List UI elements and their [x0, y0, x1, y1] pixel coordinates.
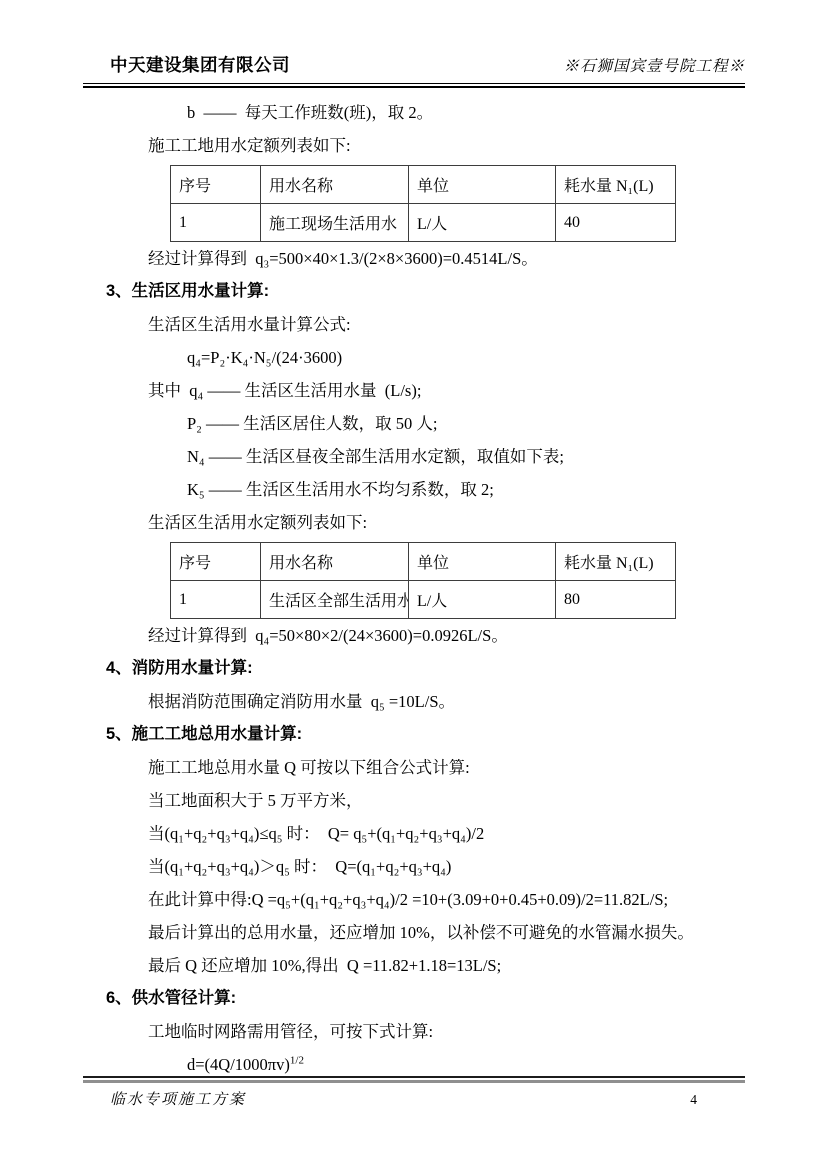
heading-section-5: 5、施工工地总用水量计算: — [0, 718, 826, 751]
paragraph-q3-result: 经过计算得到 q₃=500×40×1.3/(2×8×3600)=0.4514L/… — [0, 242, 826, 275]
table2-cell-name: 生活区全部生活用水 — [261, 581, 409, 619]
table2-header-seq: 序号 — [171, 543, 261, 581]
formula-case-gt: 当(q₁+q₂+q₃+q₄)＞q₅ 时： Q=(q₁+q₂+q₃+q₄) — [0, 850, 826, 883]
formula-pipe-diameter-base: d=(4Q/1000πv) — [187, 1055, 290, 1074]
paragraph-param-k5: K₅ —— 生活区生活用水不均匀系数，取 2; — [0, 473, 826, 506]
footer-page-number: 4 — [690, 1092, 697, 1108]
table1-header-consumption: 耗水量 N₁(L) — [556, 166, 676, 204]
heading-section-4: 4、消防用水量计算: — [0, 652, 826, 685]
table2-header-unit: 单位 — [409, 543, 556, 581]
document-page: 中天建设集团有限公司 ※石狮国宾壹号院工程※ b —— 每天工作班数(班)，取 … — [0, 0, 826, 1169]
paragraph-q4-result: 经过计算得到 q₄=50×80×2/(24×3600)=0.0926L/S。 — [0, 619, 826, 652]
table2-cell-consumption: 80 — [556, 581, 676, 619]
heading-section-6: 6、供水管径计算: — [0, 982, 826, 1015]
table1-cell-unit: L/人 — [409, 204, 556, 242]
paragraph-param-n4: N₄ —— 生活区昼夜全部生活用水定额，取值如下表; — [0, 440, 826, 473]
paragraph-leak-allowance: 最后计算出的总用水量，还应增加 10%，以补偿不可避免的水管漏水损失。 — [0, 916, 826, 949]
table-header-row: 序号 用水名称 单位 耗水量 N₁(L) — [171, 543, 676, 581]
paragraph-area-condition: 当工地面积大于 5 万平方米， — [0, 784, 826, 817]
header-row: 中天建设集团有限公司 ※石狮国宾壹号院工程※ — [83, 52, 745, 77]
paragraph-b-definition: b —— 每天工作班数(班)，取 2。 — [0, 96, 826, 129]
living-area-water-quota-table: 序号 用水名称 单位 耗水量 N₁(L) 1 生活区全部生活用水 L/人 80 — [170, 542, 676, 619]
paragraph-table1-intro: 施工工地用水定额列表如下: — [0, 129, 826, 162]
header-divider-line — [83, 83, 745, 88]
formula-q4: q₄=P₂·K₄·N₅/(24·3600) — [0, 341, 826, 374]
page-header: 中天建设集团有限公司 ※石狮国宾壹号院工程※ — [83, 0, 745, 88]
formula-pipe-diameter-exponent: 1/2 — [290, 1055, 304, 1067]
paragraph-q5-fire-water: 根据消防范围确定消防用水量 q₅ =10L/S。 — [0, 685, 826, 718]
table2-cell-seq: 1 — [171, 581, 261, 619]
table-row: 1 施工现场生活用水 L/人 40 — [171, 204, 676, 242]
footer-row: 临水专项施工方案 4 — [83, 1083, 745, 1109]
table1-cell-consumption: 40 — [556, 204, 676, 242]
footer-divider-thin-line — [83, 1076, 745, 1078]
paragraph-q-final: 最后 Q 还应增加 10%,得出 Q =11.82+1.18=13L/S; — [0, 949, 826, 982]
table2-cell-unit: L/人 — [409, 581, 556, 619]
table1-header-name: 用水名称 — [261, 166, 409, 204]
document-body: b —— 每天工作班数(班)，取 2。 施工工地用水定额列表如下: 序号 用水名… — [0, 96, 826, 1081]
formula-case-le: 当(q₁+q₂+q₃+q₄)≤q₅ 时： Q= q₅+(q₁+q₂+q₃+q₄)… — [0, 817, 826, 850]
table-row: 1 生活区全部生活用水 L/人 80 — [171, 581, 676, 619]
table1-header-seq: 序号 — [171, 166, 261, 204]
table-header-row: 序号 用水名称 单位 耗水量 N₁(L) — [171, 166, 676, 204]
header-company-name: 中天建设集团有限公司 — [110, 52, 290, 77]
header-project-name: ※石狮国宾壹号院工程※ — [563, 54, 745, 76]
paragraph-table2-intro: 生活区生活用水定额列表如下: — [0, 506, 826, 539]
table1-cell-name: 施工现场生活用水 — [261, 204, 409, 242]
paragraph-formula-intro: 生活区生活用水量计算公式: — [0, 308, 826, 341]
heading-section-3: 3、生活区用水量计算: — [0, 275, 826, 308]
footer-document-title: 临水专项施工方案 — [110, 1088, 246, 1109]
paragraph-param-p2: P₂ —— 生活区居住人数，取 50 人; — [0, 407, 826, 440]
table2-header-name: 用水名称 — [261, 543, 409, 581]
page-footer: 临水专项施工方案 4 — [83, 1076, 745, 1109]
table2-header-consumption: 耗水量 N₁(L) — [556, 543, 676, 581]
paragraph-param-q4: 其中 q₄ —— 生活区生活用水量 (L/s); — [0, 374, 826, 407]
paragraph-pipe-diameter-intro: 工地临时网路需用管径，可按下式计算: — [0, 1015, 826, 1048]
paragraph-total-water-intro: 施工工地总用水量 Q 可按以下组合公式计算: — [0, 751, 826, 784]
table1-header-unit: 单位 — [409, 166, 556, 204]
paragraph-q-calculation: 在此计算中得:Q =q₅+(q₁+q₂+q₃+q₄)/2 =10+(3.09+0… — [0, 883, 826, 916]
site-water-quota-table: 序号 用水名称 单位 耗水量 N₁(L) 1 施工现场生活用水 L/人 40 — [170, 165, 676, 242]
table1-cell-seq: 1 — [171, 204, 261, 242]
